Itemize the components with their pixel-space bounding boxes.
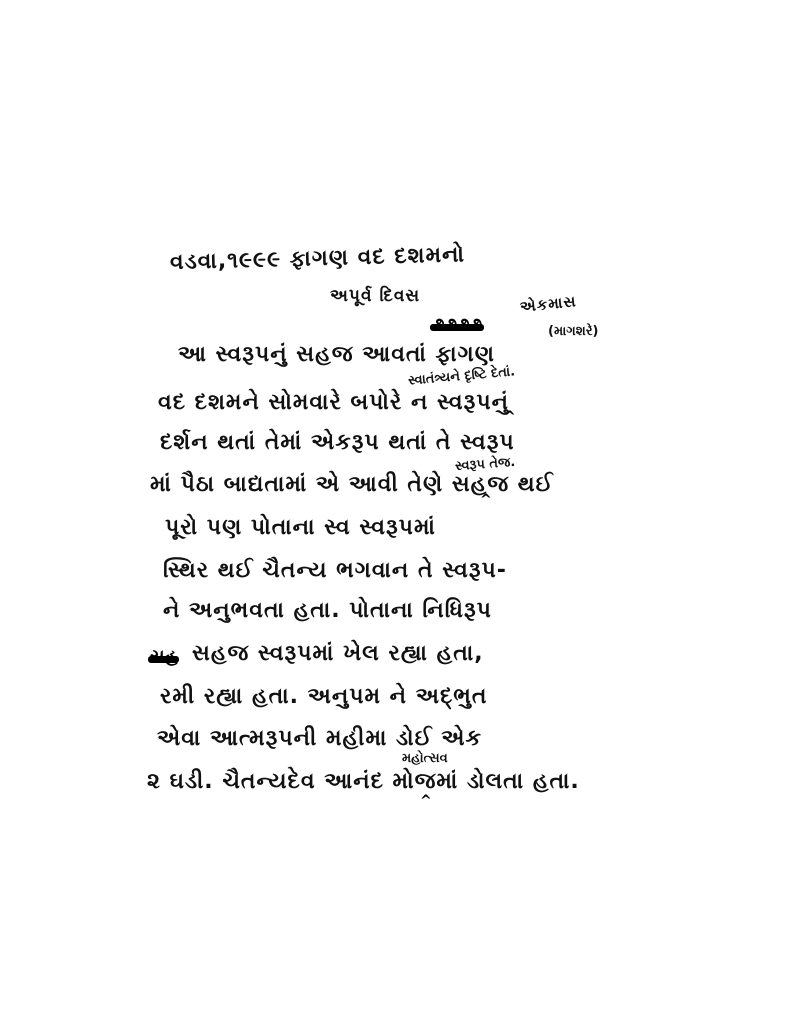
- body-line-5: પૂરો પણ પોતાના સ્વ સ્વરૂપમાં: [165, 517, 436, 539]
- body-line-7: ને અનુભવતા હતા. પોતાના નિધિરૂપ: [163, 600, 492, 622]
- subtitle: અપૂર્વ દિવસ: [330, 288, 420, 305]
- interlinear-insertion-3: મહોત્સવ: [402, 752, 448, 765]
- insertion-caret-2: ^: [480, 493, 492, 507]
- manuscript-page: વડવા,૧૯૯૯ ફાગણ વદ દશમનો અપૂર્વ દિવસ ૭૭૭૭…: [0, 0, 787, 1026]
- body-line-1: આ સ્વરૂપનું સહજ આવતાં ફાગણ: [178, 344, 495, 366]
- struck-word-1: સહ: [150, 648, 177, 666]
- sign-note-below: (માગશરે): [548, 325, 598, 338]
- interlinear-insertion-1: સ્વાતંત્ર્યને દૃષ્ટિ દેતાં.: [408, 365, 516, 387]
- body-line-6: સ્થિર થઈ ચૈતન્ય ભગવાન તે સ્વરૂપ-: [163, 560, 507, 582]
- body-line-10: એવા આત્મરૂપની મહીમા ડોઈ એક: [157, 728, 482, 750]
- insertion-caret-3: ^: [420, 794, 432, 808]
- struck-header-text: ૭૭૭૭: [432, 316, 482, 334]
- body-line-4: માં પૈઠા બાદ્યતામાં એ આવી તેણે સહજ થઈ: [150, 474, 554, 496]
- body-line-11: ૨ ઘડી. ચૈતન્યદેવ આનંદ મોજમાં ડોલતા હતા.: [147, 771, 580, 793]
- body-line-3: દર્શન થતાં તેમાં એકરૂપ થતાં તે સ્વરૂપ: [160, 432, 515, 454]
- body-line-2: વદ દશમને સોમવારે બપોરે ન સ્વરૂપનું: [158, 392, 509, 414]
- insertion-caret-1: ^: [504, 410, 516, 424]
- sign-note: એકમાસ: [519, 294, 577, 315]
- interlinear-insertion-2: સ્વરૂપ તેજ.: [455, 456, 516, 473]
- place-date-line: વડવા,૧૯૯૯ ફાગણ વદ દશમનો: [170, 244, 466, 274]
- body-line-9: રમી રહ્યા હતા. અનુપમ ને અદ્ભુત: [160, 686, 487, 708]
- body-line-8: સહજ સ્વરૂપમાં ખેલ રહ્યા હતા,: [192, 643, 484, 665]
